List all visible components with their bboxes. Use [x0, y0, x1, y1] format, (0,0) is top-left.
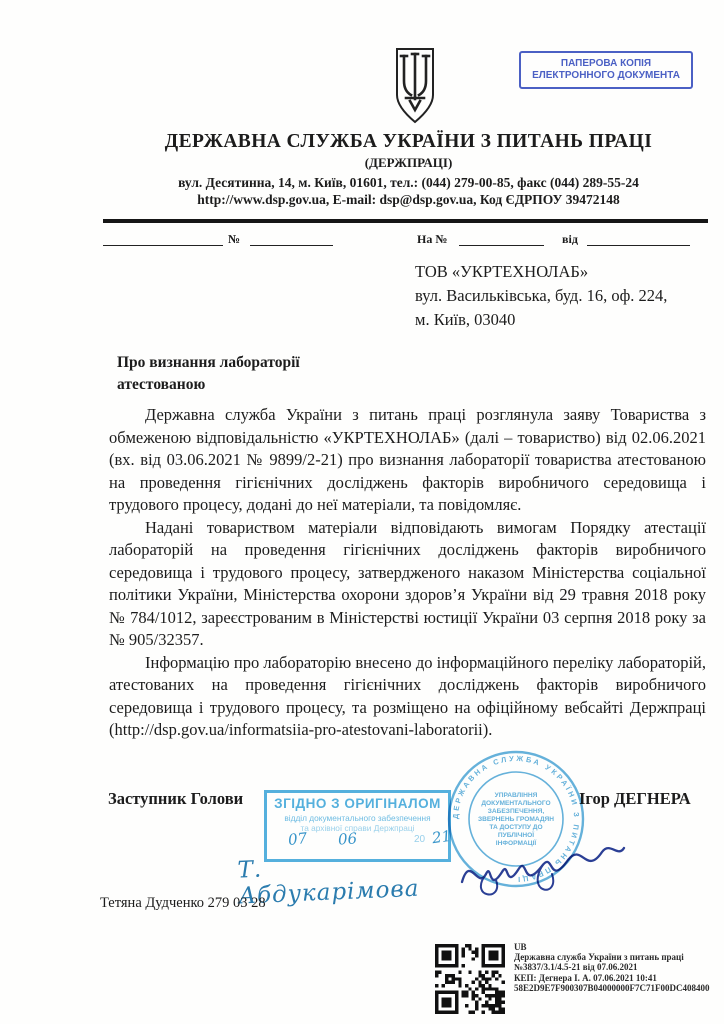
qr-caption-hash: 58E2D9E7F900307B04000000F7C71F00DC408400 [514, 983, 719, 993]
incoming-date-blank-line [587, 231, 690, 246]
qr-caption-kep: КЕП: Дегнера І. А. 07.06.2021 10:41 [514, 973, 719, 983]
signer-name: Ігор ДЕГНЕРА [579, 789, 691, 809]
clerk-handwritten-signature: Т. Абдукарімова [237, 848, 449, 909]
cert-stamp-title: ЗГІДНО З ОРИГІНАЛОМ [267, 796, 448, 811]
body-paragraph-2: Надані товариством матеріали відповідают… [109, 517, 706, 652]
qr-caption-org: Державна служба України з питань праці [514, 952, 719, 962]
subject-line1: Про визнання лабораторії [117, 352, 377, 374]
subject-line2: атестованою [117, 374, 377, 396]
svg-text:ЗАБЕЗПЕЧЕННЯ,: ЗАБЕЗПЕЧЕННЯ, [488, 808, 545, 815]
signer-handwritten-signature [452, 832, 632, 904]
qr-caption-code: UB [514, 942, 719, 952]
scanned-official-letter: ПАПЕРОВА КОПІЯ ЕЛЕКТРОННОГО ДОКУМЕНТА ДЕ… [0, 0, 724, 1024]
handwritten-date-year: 21 [431, 827, 452, 847]
qr-caption-block: UB Державна служба України з питань прац… [514, 942, 719, 993]
incoming-number-label: На № [417, 232, 447, 247]
qr-code [435, 944, 505, 1014]
svg-text:ТА ДОСТУПУ ДО: ТА ДОСТУПУ ДО [489, 824, 542, 831]
stamp-year-prefix: 20 [414, 834, 425, 845]
svg-text:ДОКУМЕНТАЛЬНОГО: ДОКУМЕНТАЛЬНОГО [481, 800, 550, 807]
executor-contact: Тетяна Дудченко 279 03 28 [100, 895, 266, 912]
outgoing-number-blank-line [250, 231, 333, 246]
header-divider-rule [103, 219, 708, 223]
svg-text:ЗВЕРНЕНЬ ГРОМАДЯН: ЗВЕРНЕНЬ ГРОМАДЯН [478, 816, 554, 823]
signer-position-title: Заступник Голови [108, 789, 243, 809]
handwritten-date-day: 07 [287, 829, 308, 849]
org-name: ДЕРЖАВНА СЛУЖБА УКРАЇНИ З ПИТАНЬ ПРАЦІ [110, 130, 707, 153]
body-paragraph-1: Державна служба України з питань праці р… [109, 404, 706, 517]
org-web-line: http://www.dsp.gov.ua, E-mail: dsp@dsp.g… [110, 191, 707, 208]
incoming-number-blank-line [459, 231, 544, 246]
outgoing-number-label: № [228, 232, 240, 247]
letter-body: Державна служба України з питань праці р… [109, 404, 706, 742]
handwritten-date-month: 06 [337, 829, 357, 848]
org-short-name: (ДЕРЖПРАЦІ) [110, 155, 707, 171]
subject-block: Про визнання лабораторії атестованою [117, 352, 377, 396]
recipient-block: ТОВ «УКРТЕХНОЛАБ» вул. Васильківська, бу… [415, 260, 705, 332]
paper-copy-stamp-line2: ЕЛЕКТРОННОГО ДОКУМЕНТА [532, 70, 680, 82]
paper-copy-stamp: ПАПЕРОВА КОПІЯ ЕЛЕКТРОННОГО ДОКУМЕНТА [519, 51, 693, 89]
reference-row: № На № від [0, 231, 724, 249]
recipient-name: ТОВ «УКРТЕХНОЛАБ» [415, 260, 705, 284]
body-paragraph-3: Інформацію про лабораторію внесено до ін… [109, 652, 706, 742]
org-address-line: вул. Десятинна, 14, м. Київ, 01601, тел.… [110, 174, 707, 191]
recipient-street: вул. Васильківська, буд. 16, оф. 224, [415, 284, 705, 308]
svg-text:УПРАВЛІННЯ: УПРАВЛІННЯ [495, 792, 538, 799]
paper-copy-stamp-line1: ПАПЕРОВА КОПІЯ [561, 58, 651, 70]
qr-caption-number: №3837/3.1/4.5-21 від 07.06.2021 [514, 962, 719, 972]
incoming-date-label: від [562, 232, 578, 247]
ukraine-trident-emblem-icon [392, 46, 438, 126]
outgoing-date-blank-line [103, 231, 223, 246]
recipient-city: м. Київ, 03040 [415, 308, 705, 332]
cert-stamp-dept-line1: відділ документального забезпечення [267, 813, 448, 823]
letterhead: ДЕРЖАВНА СЛУЖБА УКРАЇНИ З ПИТАНЬ ПРАЦІ (… [110, 130, 707, 208]
